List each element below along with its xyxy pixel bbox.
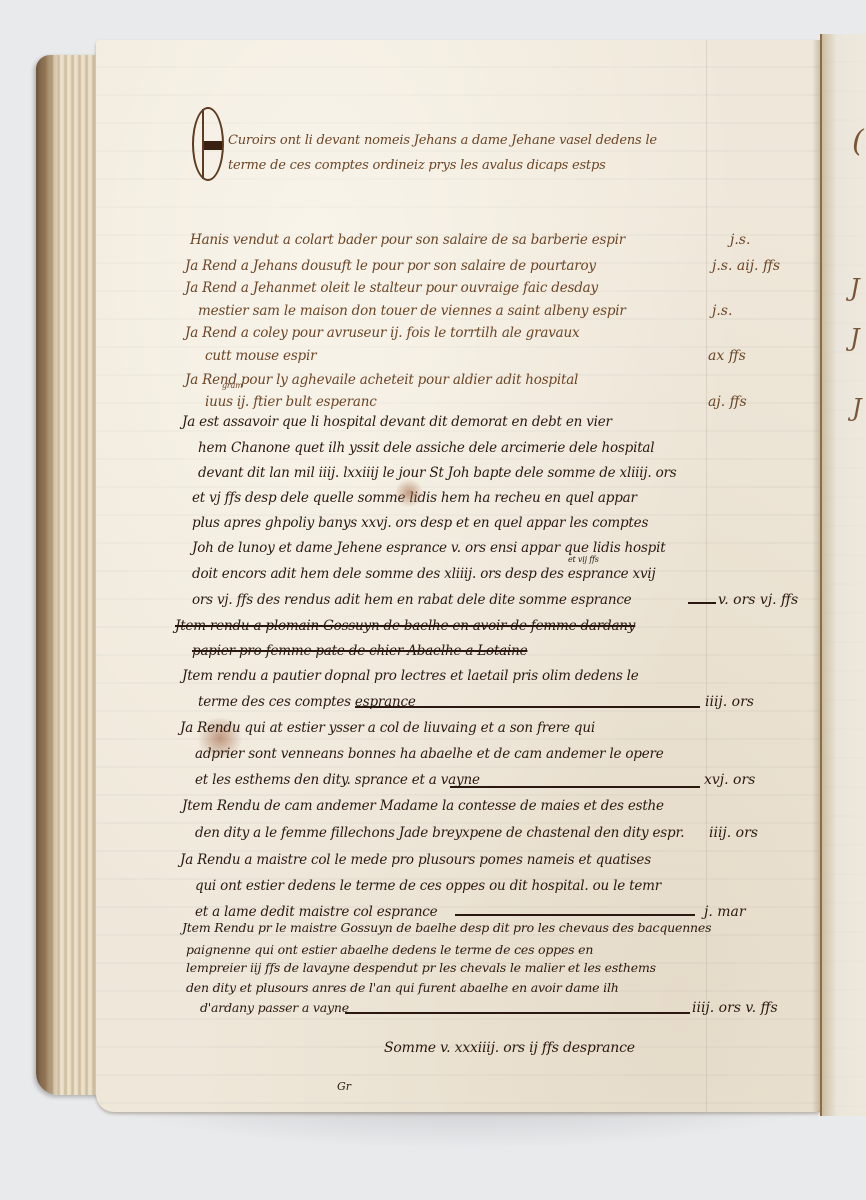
entry-line: Ja Rendu qui at estier ysser a col de li… (180, 720, 595, 736)
entry-amount: v. ors vj. ffs (718, 592, 798, 608)
ruled-dash (450, 786, 700, 788)
entry-line: mestier sam le maison don touer de vienn… (198, 303, 626, 319)
heading-line-2: terme de ces comptes ordineiz prys les a… (228, 158, 606, 173)
entry-line: et les esthems den dity. sprance et a va… (195, 772, 480, 788)
entry-line: et a lame dedit maistre col esprance (195, 904, 437, 920)
entry-line: cutt mouse espir (205, 348, 316, 364)
entry-amount: iiij. ors v. ffs (692, 1000, 778, 1016)
entry-amount: j.s. (712, 303, 732, 319)
entry-line: Jtem Rendu pr le maistre Gossuyn de bael… (182, 920, 711, 935)
ruled-dash (688, 602, 716, 604)
decorated-initial-c (192, 107, 224, 181)
entry-line: devant dit lan mil iiij. lxxiiij le jour… (198, 465, 677, 481)
superscript-note: gram (222, 381, 243, 390)
entry-line: den dity a le femme fillechons Jade brey… (195, 825, 684, 841)
margin-ruling (706, 40, 707, 1112)
entry-line: doit encors adit hem dele somme des xlii… (192, 566, 656, 582)
facing-page-letter: J (850, 274, 860, 302)
entry-amount: xvj. ors (704, 772, 755, 788)
entry-line: Ja Rend a Jehanmet oleit le stalteur pou… (185, 280, 598, 296)
entry-line: den dity et plusours anres de l'an qui f… (186, 980, 619, 995)
entry-line: Hanis vendut a colart bader pour son sal… (190, 232, 625, 248)
entry-amount: j.s. (730, 232, 750, 248)
entry-line: Ja Rendu a maistre col le mede pro pluso… (180, 852, 651, 868)
entry-line: lempreier iij ffs de lavayne despendut p… (186, 960, 656, 975)
entry-line: adprier sont venneans bonnes ha abaelhe … (195, 746, 664, 762)
facing-page-letter: J (852, 394, 862, 422)
entry-line: ors vj. ffs des rendus adit hem en rabat… (192, 592, 631, 608)
entry-line: Jtem rendu a pautier dopnal pro lectres … (182, 668, 639, 684)
entry-amount: ax ffs (708, 348, 746, 364)
entry-amount: j. mar (704, 904, 746, 920)
entry-line: iuus ij. ftier bult esperanc (205, 394, 377, 410)
entry-line: paignenne qui ont estier abaelhe dedens … (186, 942, 593, 957)
entry-line: hem Chanone quet ilh yssit dele assiche … (198, 440, 654, 456)
entry-line: Jtem Rendu de cam andemer Madame la cont… (182, 798, 664, 814)
entry-amount: iiij. ors (705, 694, 754, 710)
entry-line: qui ont estier dedens le terme de ces op… (195, 878, 661, 894)
entry-line: Ja Rend pour ly aghevaile acheteit pour … (185, 372, 578, 388)
facing-page-initial: ( (852, 124, 864, 159)
ruled-dash (455, 914, 695, 916)
entry-amount: j.s. aij. ffs (712, 258, 780, 274)
ink-stain (395, 478, 423, 508)
entry-line: Ja Rend a coley pour avruseur ij. fois l… (185, 325, 579, 341)
ruled-dash (355, 706, 700, 708)
entry-line: Ja est assavoir que li hospital devant d… (182, 414, 612, 430)
folio-mark: Gr (337, 1080, 351, 1093)
total-line: Somme v. xxxiiij. ors ij ffs desprance (384, 1040, 635, 1056)
facing-page-letter: J (850, 324, 860, 352)
facing-page: ( J J J (820, 34, 866, 1116)
ruled-dash (345, 1012, 690, 1014)
entry-line: Ja Rend a Jehans dousuft le pour por son… (185, 258, 596, 274)
heading-line-1: Curoirs ont li devant nomeis Jehans a da… (228, 133, 657, 148)
superscript-note: et vij ffs (568, 555, 599, 564)
entry-line: Joh de lunoy et dame Jehene esprance v. … (192, 540, 665, 556)
entry-line: d'ardany passer a vayne (200, 1000, 349, 1015)
entry-line: plus apres ghpoliy banys xxvj. ors desp … (192, 515, 648, 531)
entry-line: terme des ces comptes esprance (198, 694, 416, 710)
entry-amount: aj. ffs (708, 394, 747, 410)
entry-amount: iiij. ors (709, 825, 758, 841)
struck-entry-line: Jtem rendu a plomain Gossuyn de baelhe e… (175, 618, 635, 634)
struck-entry-line: papier pro femme pate de chier Abaelhe a… (192, 643, 527, 659)
